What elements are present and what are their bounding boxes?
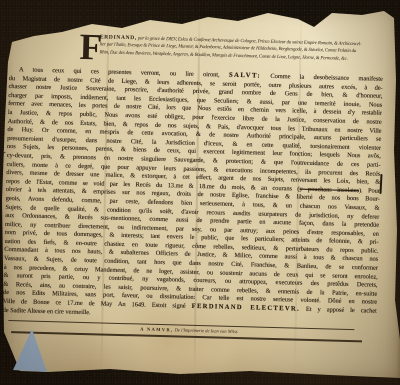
drop-cap-initial: F (79, 34, 97, 61)
document-paper: F ERDINAND, par la grace de DIEV, Esleu … (0, 0, 400, 385)
margin-ink-mark (379, 174, 382, 194)
seal-note: Et y apposé le cachet (300, 306, 377, 315)
signature-name: FERDINAND ELECTEVR. (192, 303, 300, 313)
imprint-place: A NAMVR, (140, 327, 173, 333)
salvt-word: SALVT: (229, 72, 261, 80)
proclamation-body: A tous ceux qui ces presentes verront, o… (3, 66, 383, 325)
imprint-printer: De l'Imprimerie de Iean van Milst. (173, 328, 238, 335)
printed-text-block: F ERDINAND, par la grace de DIEV, Esleu … (2, 31, 384, 342)
heading-lines: ERDINAND, par la grace de DIEV, Esleu & … (99, 33, 384, 68)
ruler-name: ERDINAND, (100, 34, 137, 41)
document-heading: F ERDINAND, par la grace de DIEV, Esleu … (79, 33, 384, 69)
line14-post: ). Pour (359, 187, 380, 195)
crossed-out-text: y pouchans insolates (299, 185, 359, 194)
